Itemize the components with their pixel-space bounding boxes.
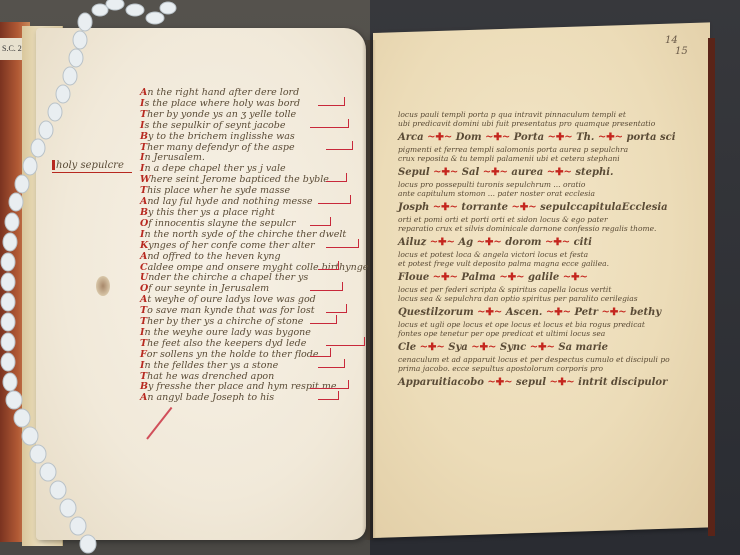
right-page-itinerary-table: locus pauli templi porta p qua intravit … [398,110,708,390]
station-row: Apparuitiacobo ~✚~ sepul ~✚~ intrit disc… [398,376,708,390]
red-cross-icon: ~✚~ [482,132,514,143]
station-name: citi [574,237,592,248]
rhyme-bracket [318,359,345,368]
station-name: capitula [576,202,622,213]
verse-text: his place wher he syde masse [147,185,290,196]
rhyme-bracket [310,119,349,128]
station-name: Sya [448,342,468,353]
station-row: Ailuz ~✚~ Ag ~✚~ dorom ~✚~ citi [398,236,708,250]
gloss-line: orti et pomi orti et porti orti et sidon… [398,215,708,224]
gloss-line: locus et per federi scripta & spiritus c… [398,285,708,294]
red-cross-icon: ~✚~ [559,272,588,283]
station-row: Floue ~✚~ Palma ~✚~ galile ~✚~ [398,271,708,285]
verse-text: y fresshe ther place and hym respit me [148,381,336,392]
station-name: Ecclesia [622,202,668,213]
left-page-verse-column: An the right hand after dere lordIs the … [140,88,360,404]
station-name: iacobo [447,377,484,388]
red-cross-icon: ~✚~ [416,342,448,353]
gloss-line: locus pauli templi porta p qua intravit … [398,110,708,119]
verse-text: her by ther ys a chirche of stone [147,316,303,327]
rhyme-bracket [310,315,337,324]
verse-text: y this ther ys a place right [148,207,275,218]
rubricated-initial: W [140,174,151,185]
station-name: Sa marie [558,342,608,353]
station-row: Arca ~✚~ Dom ~✚~ Porta ~✚~ Th. ~✚~ porta… [398,131,708,145]
red-cross-icon: ~✚~ [479,167,511,178]
station-name: Arca [398,132,424,143]
station-name: sepul [516,377,546,388]
station-row: Sepul ~✚~ Sal ~✚~ aurea ~✚~ stephi. [398,166,708,180]
folio-number-old: 14 [665,35,688,46]
rubricated-initial: B [140,207,148,218]
rhyme-bracket [318,391,339,400]
verse-text: or sollens yn the holde to ther flode [147,349,319,360]
station-row: Questilzorum ~✚~ Ascen. ~✚~ Petr ~✚~ bet… [398,306,708,320]
verse-text: he feet also the keepers dyd lede [147,338,306,349]
page-gutter [362,40,376,540]
red-cross-icon: ~✚~ [542,307,574,318]
station-name: Th. [576,132,594,143]
gloss-line: locus et potest loca & angela victori lo… [398,250,708,259]
station-name: Sal [462,167,480,178]
red-cross-icon: ~✚~ [429,202,461,213]
station-name: Questilzorum [398,307,474,318]
verse-text: here seint Jerome bapticed the byble [151,174,329,185]
stain [96,276,110,296]
gloss-line: ubi predicavit domini ubi fuit presentat… [398,119,708,128]
red-cross-icon: ~✚~ [473,237,505,248]
rhyme-bracket [318,261,339,270]
rubricated-initial: B [140,131,148,142]
red-cross-icon: ~✚~ [429,272,461,283]
station-name: Sync [500,342,526,353]
gloss-line: et potest frege vult deposito palma magn… [398,259,708,268]
verse-text: nd lay ful hyde and nothing messe [147,196,312,207]
gloss-line: reparatio crux et silvis dominicale darn… [398,224,708,233]
red-cross-icon: ~✚~ [496,272,528,283]
station-name: Apparuit [398,377,447,388]
red-cross-icon: ~✚~ [468,342,500,353]
verse-text: n the north syde of the chirche ther dwe… [144,229,346,240]
rubricated-initial: B [140,381,148,392]
right-binding-edge [708,38,715,536]
rhyme-bracket [326,337,365,346]
verse-text: hat he was drenched apon [147,371,274,382]
gloss-line: locus pro possepulti turonis sepulchrum … [398,180,708,189]
verse-text: ynges of her confe come ther alter [148,240,314,251]
station-name: sepulc [540,202,576,213]
red-cross-icon: ~✚~ [541,237,573,248]
gloss-line: cenaculum et ad apparuit locus et per de… [398,355,708,364]
verse-text: n angyl bade Joseph to his [147,392,274,403]
station-name: Ag [458,237,473,248]
verse-text: y to the brichem inglisshe was [148,131,295,142]
station-name: stephi. [575,167,613,178]
rhyme-bracket [318,195,351,204]
station-name: galile [528,272,559,283]
gloss-line: fontes ope tenetur per ope predicat et u… [398,329,708,338]
station-name: dorom [505,237,541,248]
verse-text: f our seynte in Jerusalem [148,283,269,294]
rhyme-bracket [310,282,343,291]
gloss-line: pigmenti et ferrea templi salomonis port… [398,145,708,154]
folio-number-new: 15 [665,46,688,57]
gloss-line: prima jacobo. ecce sepultus apostolorum … [398,364,708,373]
station-name: intrit discipulor [578,377,667,388]
rhyme-bracket [326,173,347,182]
verse-text: her many defendyr of the aspe [147,142,295,153]
station-name: Floue [398,272,429,283]
red-cross-icon: ~✚~ [484,377,516,388]
verse-text: s the place where holy was bord [144,98,300,109]
station-name: Sepul [398,167,430,178]
station-name: bethy [630,307,661,318]
verse-text: s the sepulkir of seynt jacobe [144,120,285,131]
red-cross-icon: ~✚~ [474,307,506,318]
verse-text: n Jerusalem. [144,152,204,163]
station-name: Cle [398,342,416,353]
red-cross-icon: ~✚~ [426,237,458,248]
rubricated-initial: C [140,262,148,273]
verse-text: t weyhe of oure ladys love was god [147,294,315,305]
station-name: Porta [514,132,544,143]
red-cross-icon: ~✚~ [544,132,576,143]
red-cross-icon: ~✚~ [424,132,456,143]
red-cross-icon: ~✚~ [598,307,630,318]
rhyme-bracket [326,239,359,248]
red-cross-icon: ~✚~ [508,202,540,213]
gloss-line: locus et ugli ope locus et ope locus et … [398,320,708,329]
verse-text: n the weyhe oure lady was bygone [144,327,310,338]
station-name: aurea [511,167,543,178]
red-cross-icon: ~✚~ [546,377,578,388]
verse-text: n the felldes ther ys a stone [144,360,278,371]
rhyme-bracket [310,380,349,389]
station-row: Josph ~✚~ torrante ~✚~ sepulccapitulaEcc… [398,201,708,215]
margin-note: holy sepulcre [52,160,132,173]
verse-text: nder the chirche a chapel ther ys [148,272,308,283]
rhyme-bracket [310,217,331,226]
gloss-line: crux reposita & tu templi palamenii ubi … [398,154,708,163]
verse-text: her by yonde ys an ӡ yelle tolle [147,109,296,120]
station-row: Cle ~✚~ Sya ~✚~ Sync ~✚~ Sa marie [398,341,708,355]
gloss-line: ante capitulum stomon ... pater noster o… [398,189,708,198]
verse-text: nd offred to the heven kyng [147,251,280,262]
rhyme-bracket [326,141,353,150]
rhyme-bracket [326,304,347,313]
red-cross-icon: ~✚~ [430,167,462,178]
station-name: Ailuz [398,237,426,248]
red-cross-icon: ~✚~ [594,132,626,143]
folio-number: 14 15 [665,35,688,57]
rhyme-bracket [310,348,331,357]
verse-text: f innocentis slayne the sepulcr [148,218,295,229]
verse-text: o save man kynde that was for lost [147,305,314,316]
station-name: Palma [461,272,496,283]
rhyme-bracket [318,97,345,106]
verse-text: n a depe chapel ther ys j vale [144,163,285,174]
station-name: Dom [456,132,482,143]
station-name: torrante [461,202,508,213]
verse-text: n the right hand after dere lord [147,87,299,98]
verse-line: An angyl bade Joseph to his [140,393,360,404]
red-cross-icon: ~✚~ [543,167,575,178]
station-name: Josph [398,202,429,213]
station-name: porta sci [626,132,675,143]
station-name: Ascen. [506,307,543,318]
gloss-line: locus sea & sepulchra dan optio spiritus… [398,294,708,303]
rubricated-initial: F [140,349,147,360]
station-name: Petr [574,307,598,318]
red-cross-icon: ~✚~ [526,342,558,353]
